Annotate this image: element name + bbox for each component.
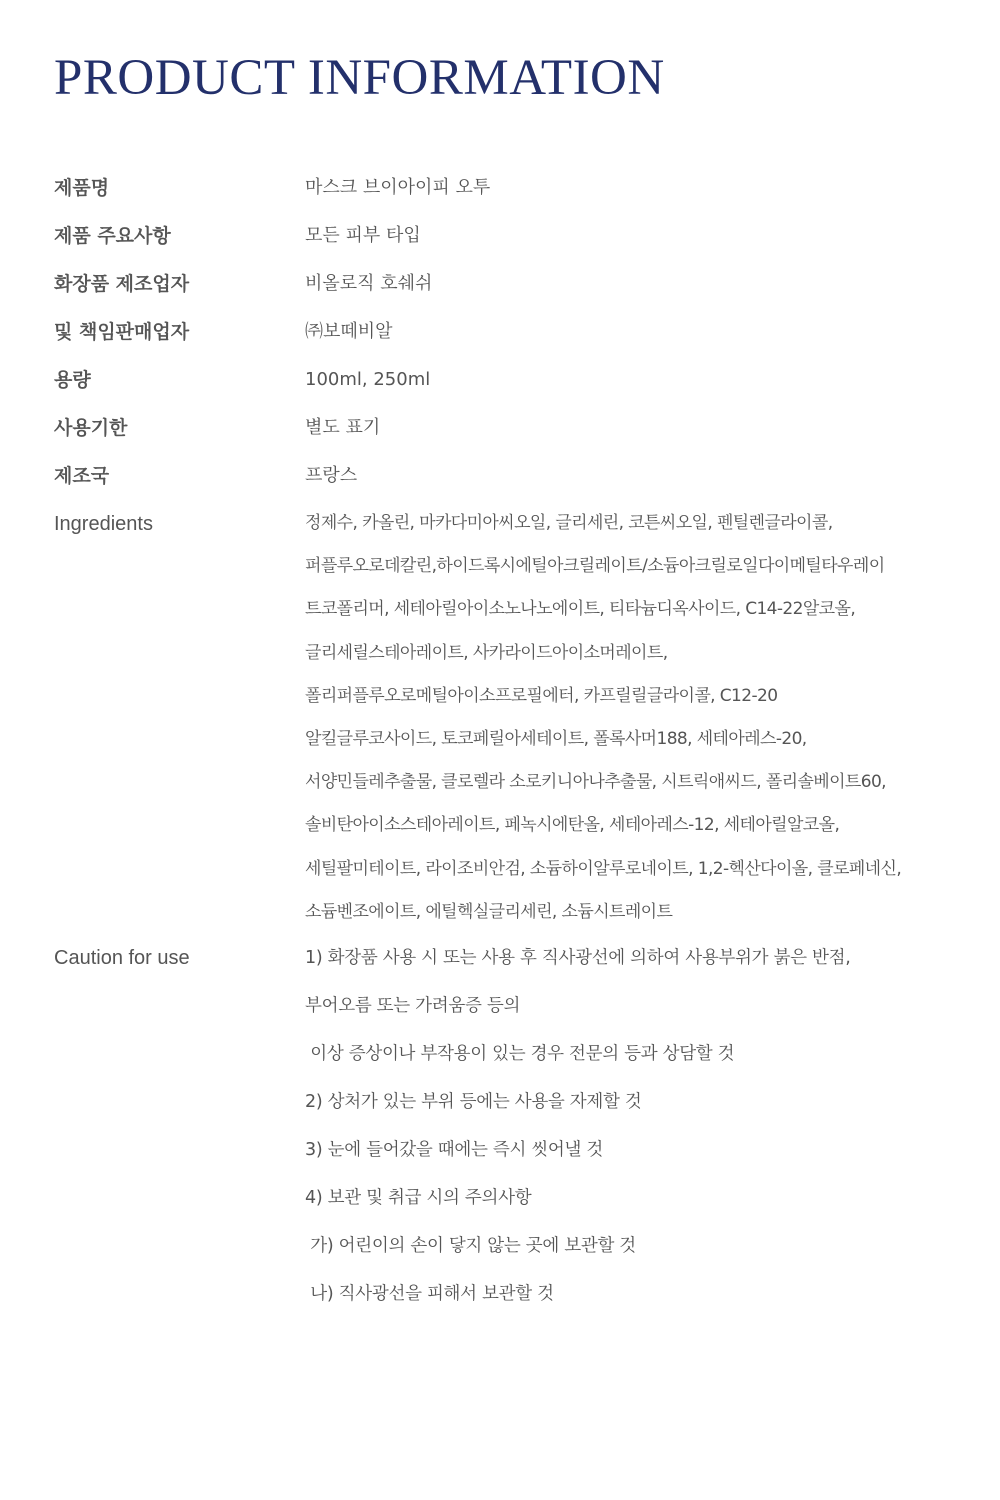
info-row-ingredients: Ingredients 정제수, 카올린, 마카다미아씨오일, 글리세린, 코튼… (54, 500, 984, 934)
caution-value: 1) 화장품 사용 시 또는 사용 후 직사광선에 의하여 사용부위가 붉은 반… (305, 934, 984, 1318)
product-info-table: 제품명 마스크 브이아이피 오투 제품 주요사항 모든 피부 타입 화장품 제조… (54, 164, 984, 1318)
info-row-caution: Caution for use 1) 화장품 사용 시 또는 사용 후 직사광선… (54, 934, 984, 1318)
info-value: 마스크 브이아이피 오투 (305, 164, 984, 212)
info-value: 비올로직 호쉐쉬 (305, 260, 984, 308)
info-value: 프랑스 (305, 452, 984, 500)
info-row-volume: 용량 100ml, 250ml (54, 356, 984, 404)
info-label: 제품 주요사항 (54, 212, 305, 260)
info-row-country: 제조국 프랑스 (54, 452, 984, 500)
info-row-expiry: 사용기한 별도 표기 (54, 404, 984, 452)
caution-line: 나) 직사광선을 피해서 보관할 것 (305, 1270, 984, 1318)
info-label: 및 책임판매업자 (54, 308, 305, 356)
info-row-product-name: 제품명 마스크 브이아이피 오투 (54, 164, 984, 212)
caution-label: Caution for use (54, 934, 305, 982)
info-label: 화장품 제조업자 (54, 260, 305, 308)
caution-line: 부어오름 또는 가려움증 등의 (305, 982, 984, 1030)
info-row-key-features: 제품 주요사항 모든 피부 타입 (54, 212, 984, 260)
info-row-manufacturer: 화장품 제조업자 비올로직 호쉐쉬 (54, 260, 984, 308)
caution-line: 4) 보관 및 취급 시의 주의사항 (305, 1174, 984, 1222)
caution-line: 3) 눈에 들어갔을 때에는 즉시 씻어낼 것 (305, 1126, 984, 1174)
caution-line: 2) 상처가 있는 부위 등에는 사용을 자제할 것 (305, 1078, 984, 1126)
info-label: 제조국 (54, 452, 305, 500)
ingredients-line: 퍼플루오로데칼린,하이드록시에틸아크릴레이트/소듐아크릴로일다이메틸타우레이 (305, 545, 984, 588)
ingredients-line: 글리세릴스테아레이트, 사카라이드아이소머레이트, (305, 632, 984, 675)
ingredients-label: Ingredients (54, 500, 305, 548)
info-label: 제품명 (54, 164, 305, 212)
info-value: 모든 피부 타입 (305, 212, 984, 260)
info-row-distributor: 및 책임판매업자 ㈜보떼비알 (54, 308, 984, 356)
ingredients-value: 정제수, 카올린, 마카다미아씨오일, 글리세린, 코튼씨오일, 펜틸렌글라이콜… (305, 500, 984, 934)
info-value: 별도 표기 (305, 404, 984, 452)
ingredients-line: 소듐벤조에이트, 에틸헥실글리세린, 소듐시트레이트 (305, 891, 984, 934)
caution-line: 가) 어린이의 손이 닿지 않는 곳에 보관할 것 (305, 1222, 984, 1270)
info-label: 용량 (54, 356, 305, 404)
info-value: 100ml, 250ml (305, 356, 984, 404)
ingredients-line: 알킬글루코사이드, 토코페릴아세테이트, 폴록사머188, 세테아레스-20, (305, 718, 984, 761)
ingredients-line: 세틸팔미테이트, 라이조비안검, 소듐하이알루로네이트, 1,2-헥산다이올, … (305, 848, 984, 891)
page-title: PRODUCT INFORMATION (54, 48, 665, 108)
caution-line: 1) 화장품 사용 시 또는 사용 후 직사광선에 의하여 사용부위가 붉은 반… (305, 934, 984, 982)
ingredients-line: 폴리퍼플루오로메틸아이소프로필에터, 카프릴릴글라이콜, C12-20 (305, 675, 984, 718)
ingredients-line: 정제수, 카올린, 마카다미아씨오일, 글리세린, 코튼씨오일, 펜틸렌글라이콜… (305, 502, 984, 545)
ingredients-line: 솔비탄아이소스테아레이트, 페녹시에탄올, 세테아레스-12, 세테아릴알코올, (305, 804, 984, 847)
ingredients-line: 서양민들레추출물, 클로렐라 소로키니아나추출물, 시트릭애씨드, 폴리솔베이트… (305, 761, 984, 804)
ingredients-line: 트코폴리머, 세테아릴아이소노나노에이트, 티타늄디옥사이드, C14-22알코… (305, 588, 984, 631)
caution-line: 이상 증상이나 부작용이 있는 경우 전문의 등과 상담할 것 (305, 1030, 984, 1078)
info-value: ㈜보떼비알 (305, 308, 984, 356)
info-label: 사용기한 (54, 404, 305, 452)
